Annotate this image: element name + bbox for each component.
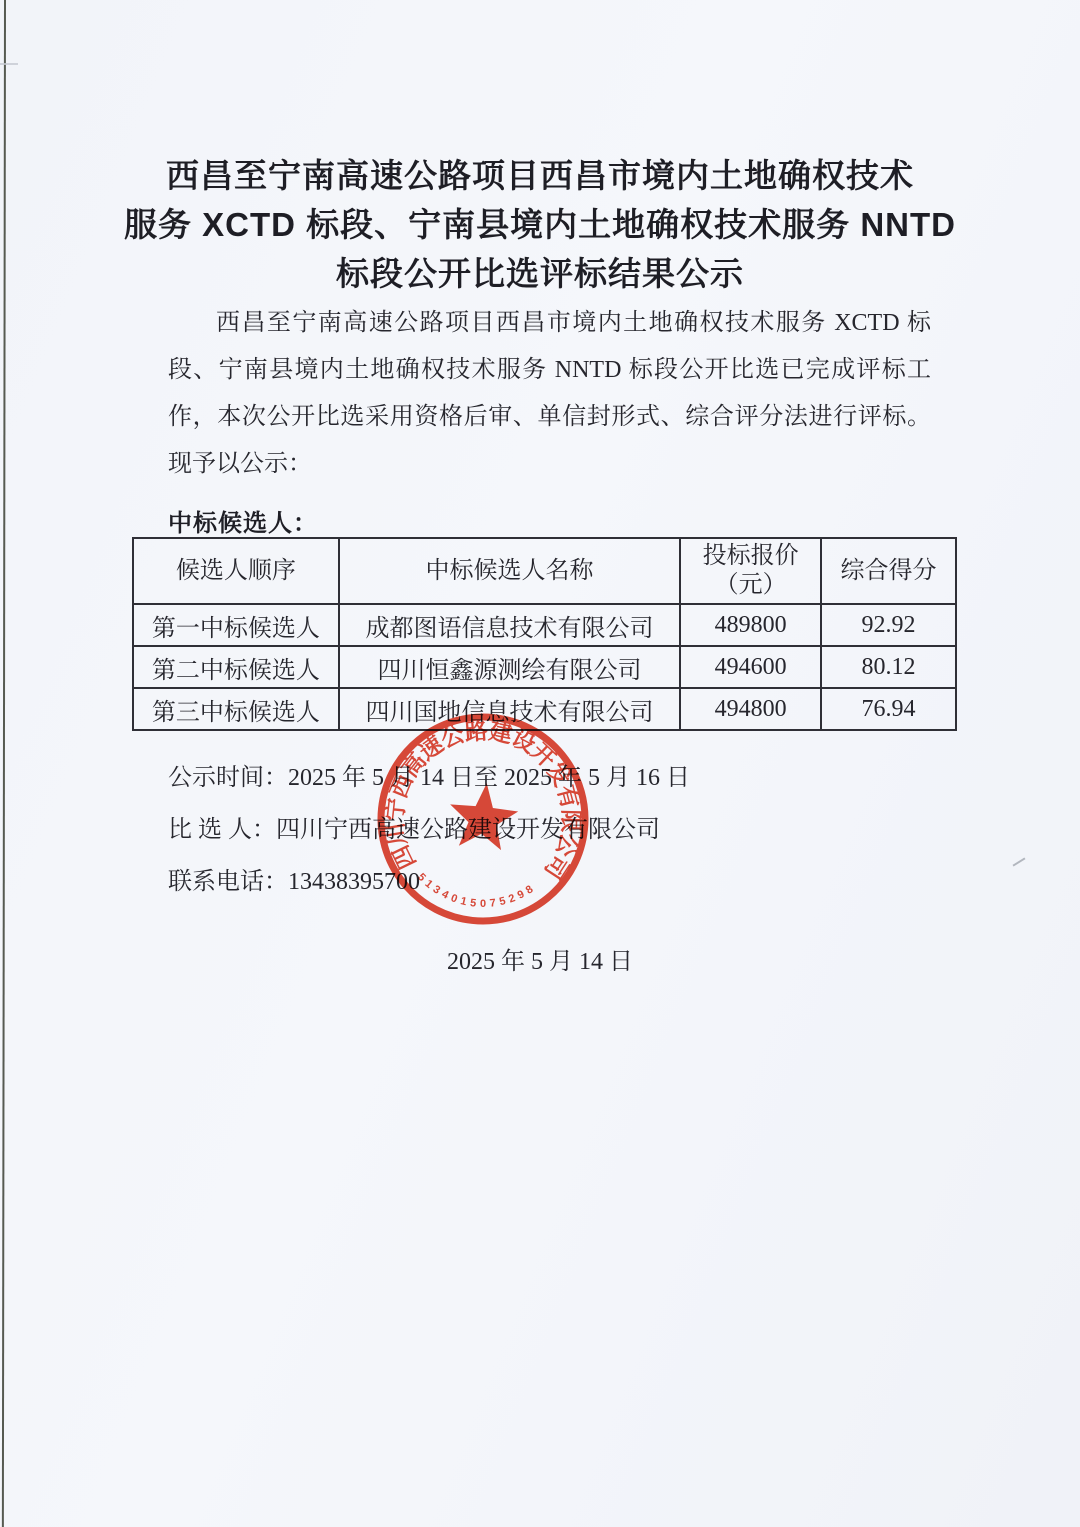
table-header-row: 候选人顺序 中标候选人名称 投标报价 （元） 综合得分 <box>133 538 956 604</box>
cell-name-2: 四川恒鑫源测绘有限公司 <box>339 646 681 688</box>
scan-artifact-mark <box>0 63 18 65</box>
results-table: 候选人顺序 中标候选人名称 投标报价 （元） 综合得分 第一中标候选人 成都图语… <box>132 537 957 731</box>
seal-star-icon <box>446 780 521 852</box>
title-line-2: 服务 XCTD 标段、宁南县境内土地确权技术服务 NNTD <box>80 200 1000 249</box>
scanned-document-page: 西昌至宁南高速公路项目西昌市境内土地确权技术 服务 XCTD 标段、宁南县境内土… <box>0 0 1080 1527</box>
cell-score-3: 76.94 <box>821 688 956 730</box>
document-title: 西昌至宁南高速公路项目西昌市境内土地确权技术 服务 XCTD 标段、宁南县境内土… <box>80 151 1000 298</box>
table-row: 第一中标候选人 成都图语信息技术有限公司 489800 92.92 <box>133 604 956 646</box>
official-seal: 四川宁西高速公路建设开发有限公司 5 1 3 4 0 1 5 0 7 5 2 9… <box>359 695 607 943</box>
cell-price-1: 489800 <box>680 604 821 646</box>
body-line-2: 段、宁南县境内土地确权技术服务 NNTD 标段公开比选已完成评标工 <box>168 347 931 394</box>
cell-score-2: 80.12 <box>821 646 956 688</box>
col-header-score: 综合得分 <box>821 538 956 604</box>
paper-scan-edge <box>2 0 6 1527</box>
body-line-3: 作，本次公开比选采用资格后审、单信封形式、综合评分法进行评标。 <box>168 394 931 441</box>
title-line-3: 标段公开比选评标结果公示 <box>80 249 1000 298</box>
body-paragraph: 西昌至宁南高速公路项目西昌市境内土地确权技术服务 XCTD 标 段、宁南县境内土… <box>168 300 931 488</box>
cell-rank-3: 第三中标候选人 <box>133 688 339 730</box>
cell-price-2: 494600 <box>680 646 821 688</box>
col-header-bid-price-line1: 投标报价 <box>681 542 820 571</box>
results-table-container: 候选人顺序 中标候选人名称 投标报价 （元） 综合得分 第一中标候选人 成都图语… <box>132 537 957 731</box>
cell-score-1: 92.92 <box>821 604 956 646</box>
table-row: 第二中标候选人 四川恒鑫源测绘有限公司 494600 80.12 <box>133 646 956 688</box>
candidates-label: 中标候选人： <box>168 503 318 538</box>
document-date: 2025 年 5 月 14 日 <box>0 941 1080 976</box>
body-line-4: 现予以公示： <box>168 441 931 488</box>
cell-rank-2: 第二中标候选人 <box>133 646 339 688</box>
title-line-1: 西昌至宁南高速公路项目西昌市境内土地确权技术 <box>80 151 1000 200</box>
cell-rank-1: 第一中标候选人 <box>133 604 339 646</box>
body-line-1: 西昌至宁南高速公路项目西昌市境内土地确权技术服务 XCTD 标 <box>168 300 931 347</box>
scan-artifact-speck <box>1013 857 1026 866</box>
col-header-bid-price-unit: （元） <box>681 571 820 600</box>
cell-name-1: 成都图语信息技术有限公司 <box>339 604 681 646</box>
cell-price-3: 494800 <box>680 688 821 730</box>
col-header-candidate-order: 候选人顺序 <box>133 538 339 604</box>
col-header-bid-price: 投标报价 （元） <box>680 538 821 604</box>
col-header-candidate-name: 中标候选人名称 <box>339 538 681 604</box>
